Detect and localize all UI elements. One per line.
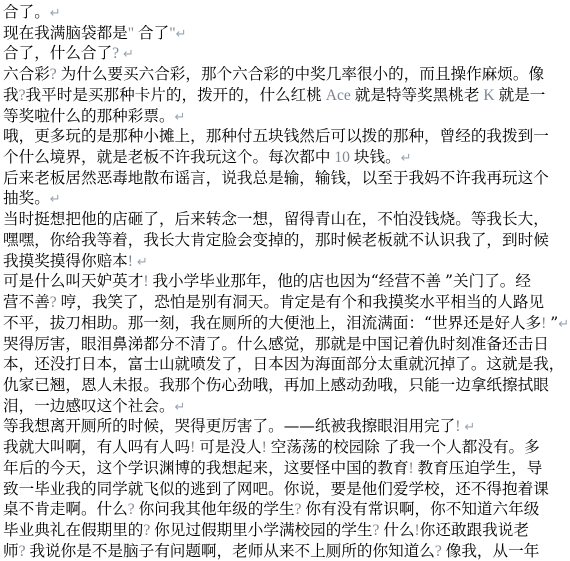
paragraph-mark-icon: ↵ (464, 420, 475, 435)
document-page[interactable]: 合了。↵现在我满脑袋都是" 合了"↵合了，什么合了? ↵六合彩? 为什么要买六合… (0, 0, 570, 561)
cjk-text-segment: 本，还没打日本，富士山就喷发了，日本因为海面部分太重就沉掉了。这就是我， (3, 355, 564, 373)
cjk-text-segment: 年后的今天，这个学识渊博的我想起来，这要怪中国的教育 (3, 459, 408, 477)
paragraph-mark-icon: ↵ (50, 192, 61, 207)
latin-text-segment: ! (455, 418, 464, 435)
text-line: 我?我平时是买那种卡片的，拨开的，什么红桃 Ace 就是特等奖黑桃老 K 就是一 (3, 85, 570, 106)
latin-text-segment: ? (50, 66, 61, 83)
latin-text-segment: 10 (330, 149, 353, 166)
cjk-text-segment: 教育压迫学生，导 (418, 459, 543, 477)
latin-text-segment: ! (541, 315, 550, 332)
text-line: 毕业典礼在假期里的? 你见过假期里小学满校园的学生? 什么!你还敢跟我说老 (3, 520, 570, 541)
cjk-text-segment: 你有没有常识啊，你不知道六年级 (305, 500, 539, 518)
cjk-text-segment: 像我，从一年 (446, 542, 540, 560)
latin-text-segment: ? (19, 543, 30, 560)
cjk-text-segment: 现在我满脑袋都是 (3, 24, 128, 42)
text-line: 师? 我说你是不是脑子有问题啊，老师从来不上厕所的你知道么? 像我，从一年 (3, 541, 570, 561)
latin-text-segment: ? (112, 45, 123, 62)
paragraph-mark-icon: ↵ (558, 317, 569, 332)
cjk-text-segment: 可是没人 (199, 438, 261, 456)
text-line: 致一毕业我的同学就飞似的逃到了网吧。你说，要是他们爱学校，还不得抱着课 (3, 479, 570, 500)
cjk-text-segment: 抽奖。 (3, 189, 50, 207)
paragraph-mark-icon: ↵ (175, 400, 186, 415)
cjk-text-segment: 就是一 (499, 86, 546, 104)
text-line: 营不善? 哼，我笑了，恐怕是别有洞天。肯定是有个和我摸奖水平相当的人路见 (3, 292, 570, 313)
cjk-text-segment: 合了。 (3, 3, 50, 21)
cjk-text-segment: 我摸奖摸得你赔本 (3, 252, 128, 270)
text-line: 不平，拔刀相助。那一刻，我在厕所的大便池上，泪流满面：“世界还是好人多! ”↵ (3, 313, 570, 334)
text-line: 哭得厉害，眼泪鼻涕都分不清了。什么感觉，那就是中国记着仇时刻准备还击日 (3, 334, 570, 355)
cjk-text-segment: 块钱。 (354, 148, 401, 166)
latin-text-segment: ! (128, 253, 137, 270)
latin-text-segment: K (480, 87, 499, 104)
paragraph-mark-icon: ↵ (401, 151, 412, 166)
paragraph-mark-icon: ↵ (50, 6, 61, 21)
text-line: 现在我满脑袋都是" 合了"↵ (3, 23, 570, 44)
cjk-text-segment: 了我一个人都没有。多 (384, 438, 540, 456)
cjk-text-segment: 营不善 (3, 293, 50, 311)
paragraph-mark-icon: ↵ (137, 255, 148, 270)
cjk-text-segment: 等奖啦什么的那种彩票。 (3, 107, 175, 125)
latin-text-segment: ? (50, 294, 61, 311)
latin-text-segment: ? (143, 522, 154, 539)
cjk-text-segment: 什么 (383, 521, 414, 539)
latin-text-segment: " (128, 25, 138, 42)
text-line: 六合彩? 为什么要买六合彩，那个六合彩的中奖几率很小的，而且操作麻烦。像 (3, 64, 570, 85)
latin-text-segment: ? (373, 522, 384, 539)
text-line: 我就大叫啊，有人吗有人吗! 可是没人! 空荡荡的校园除 了我一个人都没有。多 (3, 437, 570, 458)
cjk-text-segment: 不平，拔刀相助。那一刻，我在厕所的大便池上，泪流满面：“世界还是好人多 (3, 314, 541, 332)
latin-text-segment: Ace (322, 87, 355, 104)
cjk-text-segment: 我 (3, 86, 19, 104)
text-line: 可是什么叫天妒英才! 我小学毕业那年，他的店也因为“经营不善 ”关门了。经 (3, 271, 570, 292)
cjk-text-segment: 我小学毕业那年，他的店也因为“经营不善 (152, 272, 441, 290)
cjk-text-segment: 当时挺想把他的店砸了，后来转念一想，留得青山在，不怕没钱烧。等我长大， (3, 210, 549, 228)
cjk-text-segment: ”关门了。经 (445, 272, 531, 290)
latin-text-segment: ! (408, 460, 417, 477)
cjk-text-segment: 就是特等奖黑桃老 (355, 86, 480, 104)
cjk-text-segment: 合了，什么合了 (3, 44, 112, 62)
text-line: 泪，一边感叹这个社会。↵ (3, 396, 570, 417)
latin-text-segment: ! (262, 439, 271, 456)
cjk-text-segment: 哭得厉害，眼泪鼻涕都分不清了。什么感觉，那就是中国记着仇时刻准备还击日 (3, 335, 549, 353)
cjk-text-segment: 泪，一边感叹这个社会。 (3, 397, 175, 415)
latin-text-segment: ? (435, 543, 446, 560)
cjk-text-segment: 仇家已翘，恩人未报。我那个伤心劲哦，再加上感动劲哦，只能一边拿纸擦拭眼 (3, 376, 549, 394)
cjk-text-segment: 哼，我笑了，恐怕是别有洞天。肯定是有个和我摸奖水平相当的人路见 (61, 293, 544, 311)
latin-text-segment: ! (190, 439, 199, 456)
text-line: 等我想离开厕所的时候，哭得更厉害了。——纸被我擦眼泪用完了! ↵ (3, 416, 570, 437)
cjk-text-segment: 师 (3, 542, 19, 560)
paragraph-mark-icon: ↵ (175, 110, 186, 125)
cjk-text-segment: 你还敢跟我说老 (420, 521, 529, 539)
cjk-text-segment: 可是什么叫天妒英才 (3, 272, 143, 290)
text-line: 年后的今天，这个学识渊博的我想起来，这要怪中国的教育! 教育压迫学生，导 (3, 458, 570, 479)
text-line: 哦，更多玩的是那种小摊上，那种付五块钱然后可以拨的那种，曾经的我拨到一 (3, 126, 570, 147)
paragraph-mark-icon: ↵ (176, 27, 187, 42)
text-line: 本，还没打日本，富士山就喷发了，日本因为海面部分太重就沉掉了。这就是我， (3, 354, 570, 375)
cjk-text-segment: 你见过假期里小学满校园的学生 (154, 521, 372, 539)
text-line: 合了，什么合了? ↵ (3, 43, 570, 64)
cjk-text-segment: 我就大叫啊，有人吗有人吗 (3, 438, 190, 456)
cjk-text-segment: 为什么要买六合彩，那个六合彩的中奖几率很小的，而且操作麻烦。像 (61, 65, 544, 83)
cjk-text-segment: 后来老板居然恶毒地散布谣言，说我总是输，输钱，以至于我妈不许我再玩这个 (3, 169, 549, 187)
latin-text-segment: ? (128, 501, 139, 518)
latin-text-segment: ? (19, 87, 26, 104)
cjk-text-segment: 哦，更多玩的是那种小摊上，那种付五块钱然后可以拨的那种，曾经的我拨到一 (3, 127, 549, 145)
text-line: 个什么境界，就是老板不许我玩这个。每次都中 10 块钱。↵ (3, 147, 570, 168)
cjk-text-segment: 毕业典礼在假期里的 (3, 521, 143, 539)
cjk-text-segment: 六合彩 (3, 65, 50, 83)
cjk-text-segment: 个什么境界，就是老板不许我玩这个。每次都中 (3, 148, 330, 166)
text-line: 嘿嘿，你给我等着，我长大肯定脸会变掉的，那时候老板就不认识我了，到时候 (3, 230, 570, 251)
latin-text-segment: ? (295, 501, 306, 518)
text-line: 我摸奖摸得你赔本! ↵ (3, 251, 570, 272)
cjk-text-segment: 你问我其他年级的学生 (139, 500, 295, 518)
cjk-text-segment: 合了 (138, 24, 169, 42)
text-line: 后来老板居然恶毒地散布谣言，说我总是输，输钱，以至于我妈不许我再玩这个 (3, 168, 570, 189)
text-line: 桌不肯走啊。什么? 你问我其他年级的学生? 你有没有常识啊，你不知道六年级 (3, 499, 570, 520)
cjk-text-segment: 致一毕业我的同学就飞似的逃到了网吧。你说，要是他们爱学校，还不得抱着课 (3, 480, 549, 498)
cjk-text-segment: 嘿嘿，你给我等着，我长大肯定脸会变掉的，那时候老板就不认识我了，到时候 (3, 231, 549, 249)
text-line: 抽奖。↵ (3, 188, 570, 209)
text-line: 合了。↵ (3, 2, 570, 23)
text-line: 等奖啦什么的那种彩票。↵ (3, 106, 570, 127)
text-line: 仇家已翘，恩人未报。我那个伤心劲哦，再加上感动劲哦，只能一边拿纸擦拭眼 (3, 375, 570, 396)
cjk-text-segment: 等我想离开厕所的时候，哭得更厉害了。——纸被我擦眼泪用完了 (3, 417, 455, 435)
paragraph-mark-icon: ↵ (123, 47, 134, 62)
cjk-text-segment: 我平时是买那种卡片的，拨开的，什么红桃 (26, 86, 322, 104)
text-line: 当时挺想把他的店砸了，后来转念一想，留得青山在，不怕没钱烧。等我长大， (3, 209, 570, 230)
cjk-text-segment: 空荡荡的校园除 (271, 438, 380, 456)
cjk-text-segment: 我说你是不是脑子有问题啊，老师从来不上厕所的你知道么 (29, 542, 434, 560)
cjk-text-segment: 桌不肯走啊。什么 (3, 500, 128, 518)
